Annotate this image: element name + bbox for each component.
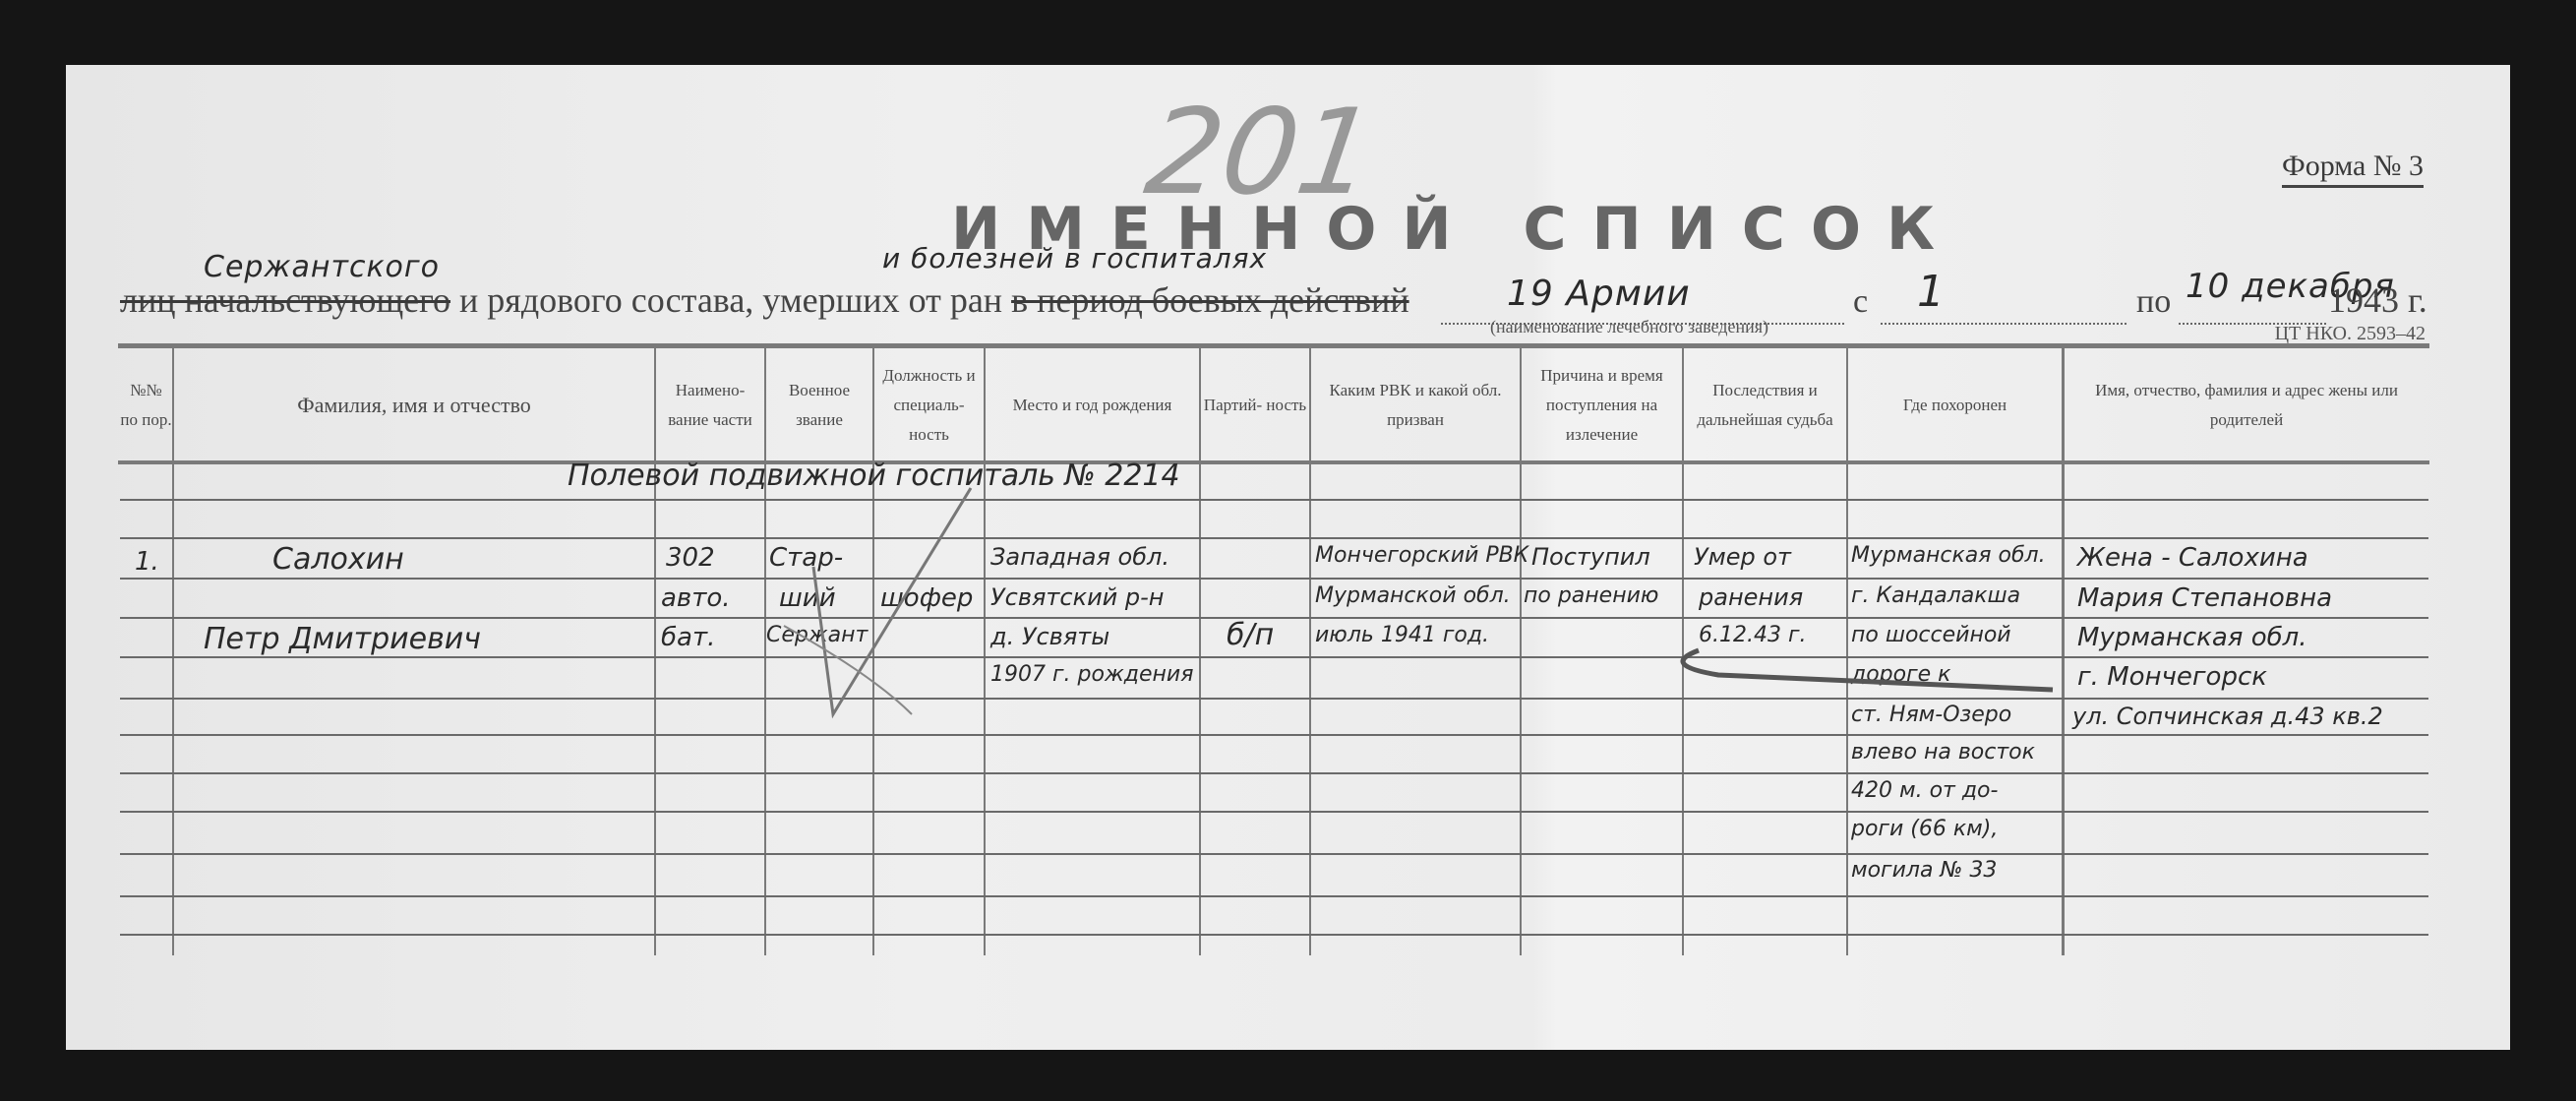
relatives-line: Жена - Салохина bbox=[2077, 543, 2308, 573]
header-buried: Где похоронен bbox=[1848, 347, 2062, 462]
header-rank: Военное звание bbox=[766, 347, 872, 462]
document-page: 201 Форма № 3 ИМЕННОЙ СПИСОК Сержантског… bbox=[66, 65, 2510, 1050]
date-to-label: по bbox=[2136, 283, 2171, 321]
relatives-line: Мурманская обл. bbox=[2077, 623, 2307, 652]
header-number: №№ по пор. bbox=[120, 347, 172, 462]
header-birth: Место и год рождения bbox=[986, 347, 1199, 462]
date-from-value: 1 bbox=[1917, 267, 1946, 317]
row-rule bbox=[120, 734, 2428, 736]
admission-line: Поступил bbox=[1531, 543, 1650, 571]
row-rule bbox=[120, 853, 2428, 855]
buried-line: 420 м. от до- bbox=[1851, 778, 1998, 803]
row-rule bbox=[120, 772, 2428, 774]
header-relatives: Имя, отчество, фамилия и адрес жены или … bbox=[2065, 347, 2428, 462]
buried-line: г. Кандалакша bbox=[1851, 583, 2020, 608]
date-from-label: с bbox=[1853, 283, 1868, 321]
header-outcome: Последствия и дальнейшая судьба bbox=[1684, 347, 1846, 462]
party: б/п bbox=[1227, 618, 1274, 652]
relatives-line: ул. Сопчинская д.43 кв.2 bbox=[2072, 703, 2383, 730]
admission-line: по ранению bbox=[1524, 583, 1658, 608]
date-from-underline bbox=[1881, 323, 2127, 325]
year: 1943 г. bbox=[2328, 279, 2427, 321]
buried-line: Мурманская обл. bbox=[1851, 543, 2046, 568]
relatives-line: Мария Степановна bbox=[2077, 583, 2332, 613]
row-rule bbox=[120, 617, 2428, 619]
conscripted-line: Мончегорский РВК bbox=[1315, 543, 1528, 568]
header-full-name: Фамилия, имя и отчество bbox=[174, 347, 654, 462]
header-position: Должность и специаль- ность bbox=[874, 347, 984, 462]
print-code: ЦТ НКО. 2593–42 bbox=[2275, 323, 2426, 345]
form-number: Форма № 3 bbox=[2282, 150, 2424, 188]
row-rule bbox=[120, 578, 2428, 580]
buried-line: ст. Ням-Озеро bbox=[1851, 703, 2011, 727]
header-unit: Наимено- вание части bbox=[656, 347, 764, 462]
relatives-line: г. Мончегорск bbox=[2077, 662, 2267, 692]
unit-line: авто. bbox=[661, 583, 731, 613]
buried-line: роги (66 км), bbox=[1851, 817, 1998, 841]
row-rule bbox=[120, 499, 2428, 501]
unit-line: бат. bbox=[661, 623, 715, 652]
buried-line: могила № 33 bbox=[1851, 858, 1997, 883]
row-number: 1. bbox=[135, 547, 159, 577]
row-rule bbox=[120, 537, 2428, 539]
outcome-line: 6.12.43 г. bbox=[1699, 623, 1807, 647]
pencil-connector-stroke-icon bbox=[1659, 645, 2072, 704]
outcome-line: Умер от bbox=[1694, 543, 1791, 571]
row-rule bbox=[120, 811, 2428, 813]
subtitle-main: и рядового состава, умерших от ран bbox=[459, 280, 1002, 320]
surname: Салохин bbox=[272, 542, 404, 577]
institution-name: 19 Армии bbox=[1507, 274, 1691, 314]
buried-line: влево на восток bbox=[1851, 740, 2035, 765]
row-rule bbox=[120, 698, 2428, 700]
subtitle-line: лиц начальствующего и рядового состава, … bbox=[120, 279, 1409, 321]
outcome-line: ранения bbox=[1699, 583, 1803, 611]
header-party: Партий- ность bbox=[1201, 347, 1309, 462]
subtitle-struck-right: в период боевых действий bbox=[1011, 280, 1409, 320]
unit-line: 302 bbox=[666, 543, 715, 573]
conscripted-line: июль 1941 год. bbox=[1315, 623, 1489, 647]
institution-caption: (наименование лечебного заведения) bbox=[1490, 317, 1768, 337]
buried-line: по шоссейной bbox=[1851, 623, 2011, 647]
conscripted-line: Мурманской обл. bbox=[1315, 583, 1511, 608]
given-patronymic: Петр Дмитриевич bbox=[204, 622, 481, 656]
handwritten-correction-illness: и болезней в госпиталях bbox=[882, 242, 1267, 275]
header-admission: Причина и время поступления на излечение bbox=[1522, 347, 1682, 462]
header-conscripted: Каким РВК и какой обл. призван bbox=[1311, 347, 1520, 462]
row-rule bbox=[120, 656, 2428, 658]
row-rule bbox=[120, 934, 2428, 936]
row-rule bbox=[120, 895, 2428, 897]
subtitle-struck-left: лиц начальствующего bbox=[120, 280, 450, 320]
pencil-check-mark-icon bbox=[774, 478, 1030, 754]
